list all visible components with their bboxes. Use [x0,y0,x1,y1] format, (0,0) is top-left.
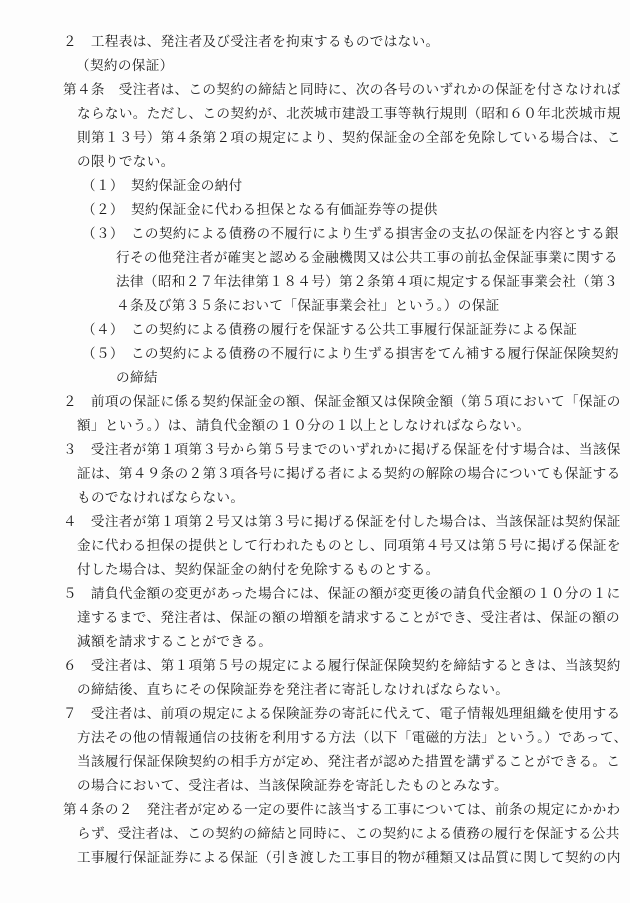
paragraph-line: ものでなければならない。 [77,486,244,510]
paragraph-line: の場合において、受注者は、当該保険証券を寄託したものとみなす。 [77,774,508,798]
paragraph-line: 当該履行保証保険契約の相手方が定め、発注者が認めた措置を講ずることができる。こ [77,750,620,774]
list-item: （２） 契約保証金に代わる担保となる有価証券等の提供 [82,198,438,222]
paragraph-line: 方法その他の情報通信の技術を利用する方法（以下「電磁的方法」という。）であって、 [77,726,628,750]
paragraph-line: 達するまで、発注者は、保証の額の増額を請求することができ、受注者は、保証の額の [77,606,620,630]
paragraph-line: ６ 受注者は、第１項第５号の規定による履行保証保険契約を締結するときは、当該契約 [63,654,621,678]
list-item-continuation: の締結 [116,366,158,390]
paragraph-line: ３ 受注者が第１項第３号から第５号までのいずれかに掲げる保証を付す場合は、当該保 [63,438,621,462]
paragraph-line: ４ 受注者が第１項第２号又は第３号に掲げる保証を付した場合は、当該保証は契約保証 [63,510,621,534]
paragraph-line: ２ 前項の保証に係る契約保証金の額、保証金額又は保険金額（第５項において「保証の [63,390,621,414]
paragraph-line: ７ 受注者は、前項の規定による保険証券の寄託に代えて、電子情報処理組織を使用する [63,702,620,726]
paragraph-line: ５ 請負代金額の変更があった場合には、保証の額が変更後の請負代金額の１０分の１に [63,582,621,606]
paragraph-line: らず、受注者は、この契約の締結と同時に、この契約による債務の履行を保証する公共 [77,822,620,846]
paragraph-line: 証は、第４９条の２第３項各号に掲げる者による契約の解除の場合についても保証する [77,462,621,486]
list-item-continuation: 法律（昭和２７年法律第１８４号）第２条第４項に規定する保証事業会社（第３ [116,270,618,294]
article-4-2-line: 第４条の２ 発注者が定める一定の要件に該当する工事については、前条の規定にかかわ [63,798,620,822]
document-page: ２ 工程表は、発注者及び受注者を拘束するものではない。 （契約の保証） 第４条 … [0,0,630,903]
paragraph-line: 付した場合は、契約保証金の納付を免除するものとする。 [77,558,440,582]
paragraph-line: 減額を請求することができる。 [77,630,272,654]
article-heading: （契約の保証） [76,54,174,78]
paragraph-line: 金に代わる担保の提供として行われたものとし、同項第４号又は第５号に掲げる保証を [77,534,621,558]
list-item-continuation: 行その他発注者が確実と認める金融機関又は公共工事の前払金保証事業に関する [116,246,618,270]
paragraph-line: 工事履行保証証券による保証（引き渡した工事目的物が種類又は品質に関して契約の内 [77,846,621,870]
paragraph-line: ２ 工程表は、発注者及び受注者を拘束するものではない。 [63,30,439,54]
list-item: （１） 契約保証金の納付 [82,174,243,198]
paragraph-line: 則第１３号）第４条第２項の規定により、契約保証金の全部を免除している場合は、こ [77,126,621,150]
paragraph-line: 額」という。）は、請負代金額の１０分の１以上としなければならない。 [77,414,530,438]
list-item: （５） この契約による債務の不履行により生ずる損害をてん補する履行保証保険契約 [82,342,619,366]
list-item-continuation: ４条及び第３５条において「保証事業会社」という。）の保証 [116,294,500,318]
paragraph-line: の締結後、直ちにその保険証券を発注者に寄託しなければならない。 [77,678,509,702]
list-item: （４） この契約による債務の履行を保証する公共工事履行保証証券による保証 [82,318,577,342]
list-item: （３） この契約による債務の不履行により生ずる損害金の支払の保証を内容とする銀 [82,222,619,246]
paragraph-line: の限りでない。 [77,150,175,174]
paragraph-line: ならない。ただし、この契約が、北茨城市建設工事等執行規則（昭和６０年北茨城市規 [77,102,621,126]
article-4-line: 第４条 受注者は、この契約の締結と同時に、次の各号のいずれかの保証を付さなければ [63,78,621,102]
